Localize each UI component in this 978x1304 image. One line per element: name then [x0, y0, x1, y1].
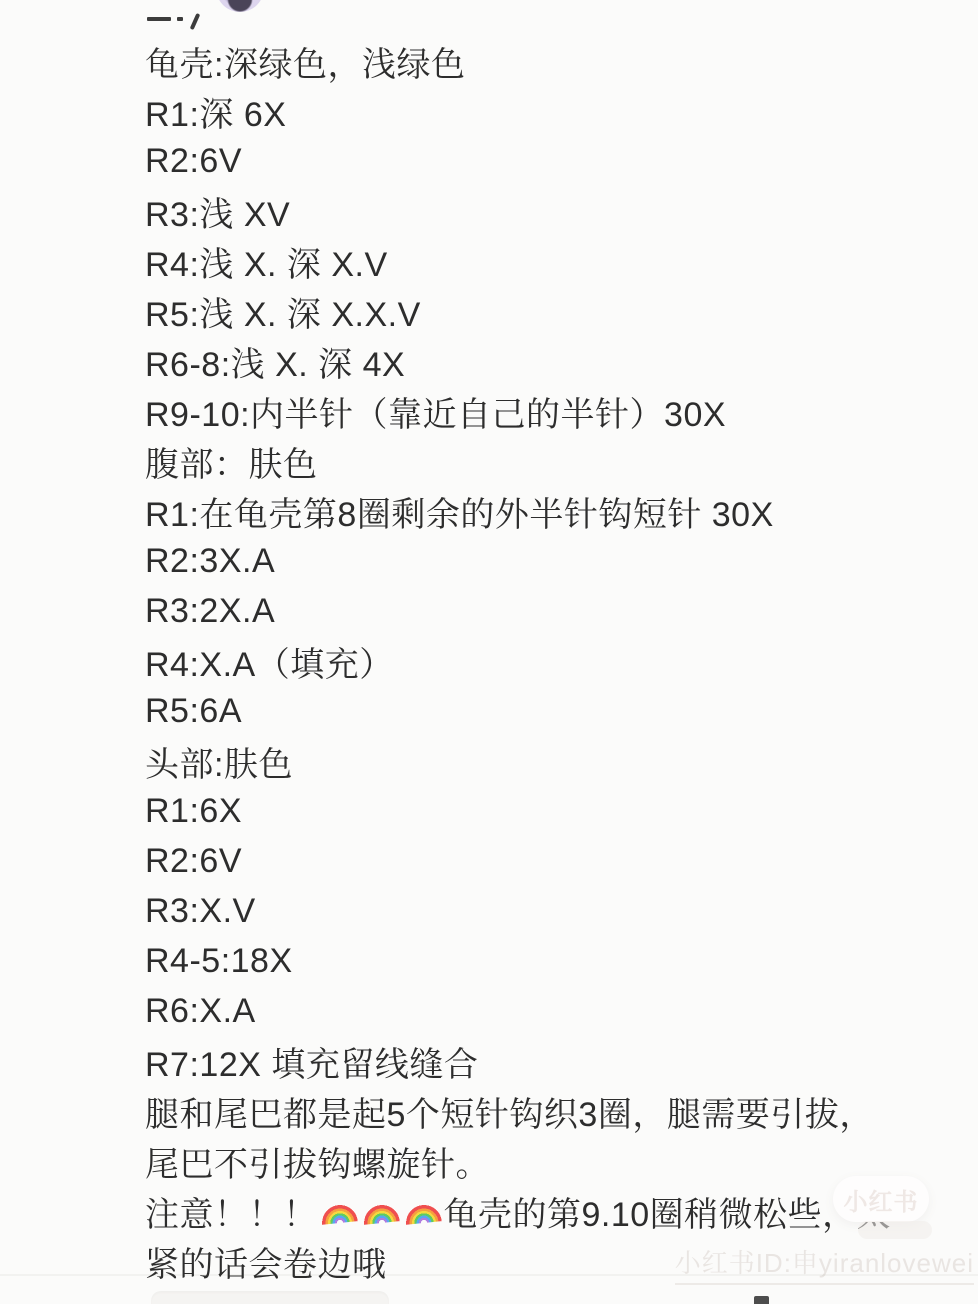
- avatar: [216, 0, 264, 12]
- text-fragment: [147, 17, 171, 21]
- pattern-line: R2:6V: [145, 836, 958, 886]
- cropped-dark-fragment: [754, 1296, 769, 1304]
- text-fragment: [177, 17, 183, 21]
- pattern-line: R2:3X.A: [145, 536, 958, 586]
- xiaohongshu-badge: 小红书: [833, 1176, 929, 1222]
- pattern-line: R3:X.V: [145, 886, 958, 936]
- pattern-line: R4-5:18X: [145, 936, 958, 986]
- xiaohongshu-badge-label: 小红书: [844, 1182, 919, 1217]
- pattern-line: R3:浅 XV: [145, 186, 958, 236]
- xiaohongshu-badge-sub: [858, 1221, 932, 1239]
- attention-suffix: 龟壳的第9.10圈稍微松些，太: [444, 1187, 892, 1236]
- head-header: 头部:肤色: [145, 736, 958, 786]
- cropped-next-element: [151, 1291, 389, 1304]
- rainbow-emoji: [403, 1202, 443, 1225]
- text-fragment: [190, 13, 201, 30]
- divider: [0, 1274, 978, 1276]
- pattern-line: R5:浅 X. 深 X.X.V: [145, 286, 958, 336]
- pattern-line: R4:浅 X. 深 X.V: [145, 236, 958, 286]
- note-page: 龟壳:深绿色，浅绿色 R1:深 6X R2:6V R3:浅 XV R4:浅 X.…: [0, 0, 978, 1304]
- rainbow-emoji: [361, 1202, 401, 1225]
- pattern-line: R1:6X: [145, 786, 958, 836]
- shell-header: 龟壳:深绿色，浅绿色: [145, 36, 958, 86]
- attention-prefix: 注意！！！: [145, 1187, 318, 1236]
- legs-tail-note: 尾巴不引拔钩螺旋针。: [145, 1136, 958, 1186]
- pattern-line: R5:6A: [145, 686, 958, 736]
- pattern-line: R7:12X 填充留线缝合: [145, 1036, 958, 1086]
- pattern-line: R6-8:浅 X. 深 4X: [145, 336, 958, 386]
- crochet-pattern-text: 龟壳:深绿色，浅绿色 R1:深 6X R2:6V R3:浅 XV R4:浅 X.…: [145, 36, 958, 1286]
- belly-header: 腹部：肤色: [145, 436, 958, 486]
- pattern-line: R6:X.A: [145, 986, 958, 1036]
- pattern-line: R9-10:内半针（靠近自己的半针）30X: [145, 386, 958, 436]
- pattern-line: R4:X.A（填充）: [145, 636, 958, 686]
- legs-tail-note: 腿和尾巴都是起5个短针钩织3圈，腿需要引拔，: [145, 1086, 958, 1136]
- rainbow-emoji: [319, 1202, 359, 1225]
- pattern-line: R2:6V: [145, 136, 958, 186]
- watermark-id-text: 小红书ID:申yiranlovewei: [675, 1243, 974, 1285]
- pattern-line: R1:在龟壳第8圈剩余的外半针钩短针 30X: [145, 486, 958, 536]
- pattern-line: R3:2X.A: [145, 586, 958, 636]
- pattern-line: R1:深 6X: [145, 86, 958, 136]
